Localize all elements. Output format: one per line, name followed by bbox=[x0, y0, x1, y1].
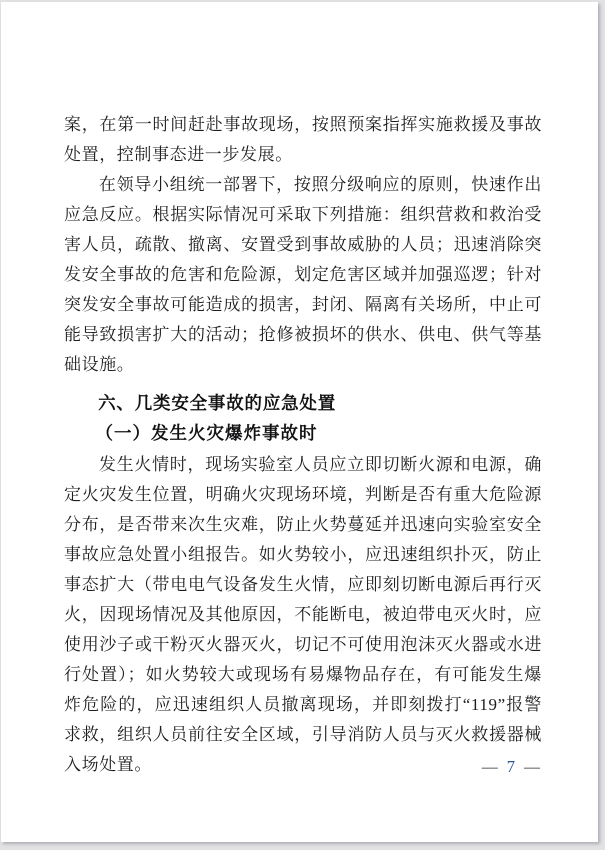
paragraph-fire-emergency-procedure: 发生火情时，现场实验室人员应立即切断火源和电源，确定火灾发生位置，明确火灾现场环… bbox=[64, 450, 542, 780]
paragraph-rescue-continuation: 案，在第一时间赶赴事故现场，按照预案指挥实施救援及事故处置，控制事态进一步发展。 bbox=[64, 110, 542, 170]
subsection-heading-fire-explosion: （一）发生火灾爆炸事故时 bbox=[64, 418, 542, 448]
document-page: 案，在第一时间赶赴事故现场，按照预案指挥实施救援及事故处置，控制事态进一步发展。… bbox=[1, 2, 598, 842]
footer-dash-right: — bbox=[524, 759, 540, 776]
section-heading-six-emergency-handling: 六、几类安全事故的应急处置 bbox=[64, 388, 542, 418]
page-number: 7 bbox=[507, 757, 515, 776]
paragraph-graded-response-measures: 在领导小组统一部署下，按照分级响应的原则，快速作出应急反应。根据实际情况可采取下… bbox=[64, 170, 542, 380]
page-content: 案，在第一时间赶赴事故现场，按照预案指挥实施救援及事故处置，控制事态进一步发展。… bbox=[64, 110, 542, 780]
page-footer: —7— bbox=[482, 752, 540, 783]
document-viewer-background: 案，在第一时间赶赴事故现场，按照预案指挥实施救援及事故处置，控制事态进一步发展。… bbox=[0, 0, 605, 850]
footer-dash-left: — bbox=[482, 759, 498, 776]
